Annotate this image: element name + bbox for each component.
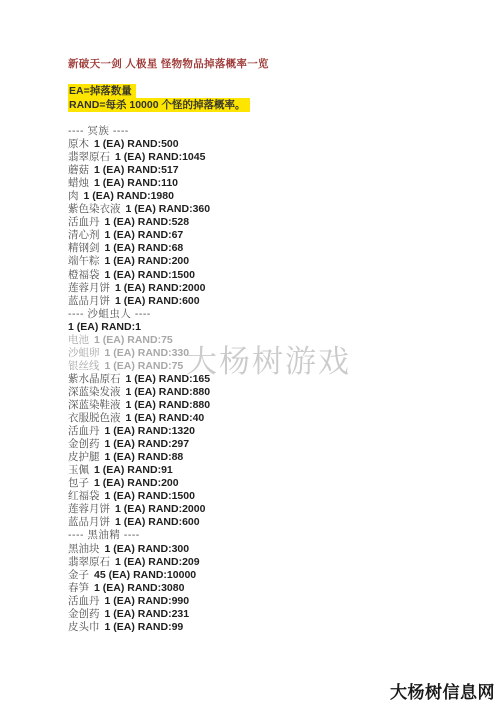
item-drop-rate: 1 (EA) RAND:1500 xyxy=(105,490,195,502)
item-name: 包子 xyxy=(68,477,89,489)
drop-row: 衣服脱色液1 (EA) RAND:40 xyxy=(68,412,210,425)
item-name: 电池 xyxy=(68,334,89,346)
item-name: 翡翠原石 xyxy=(68,556,110,568)
drop-row: 蓝品月饼1 (EA) RAND:600 xyxy=(68,516,210,529)
item-drop-rate: 1 (EA) RAND:528 xyxy=(105,216,190,228)
item-drop-rate: 1 (EA) RAND:88 xyxy=(105,451,184,463)
item-drop-rate: 1 (EA) RAND:1500 xyxy=(105,269,195,281)
item-drop-rate: 1 (EA) RAND:300 xyxy=(105,543,190,555)
drop-row: 精钢剑1 (EA) RAND:68 xyxy=(68,242,210,255)
item-name: 银丝线 xyxy=(68,360,100,372)
item-drop-rate: 1 (EA) RAND:1045 xyxy=(115,151,205,163)
drop-row: 深蓝染发液1 (EA) RAND:880 xyxy=(68,386,210,399)
item-name: 衣服脱色液 xyxy=(68,412,121,424)
item-name: 莲蓉月饼 xyxy=(68,282,110,294)
item-drop-rate: 1 (EA) RAND:200 xyxy=(105,255,190,267)
item-drop-rate: 1 (EA) RAND:40 xyxy=(126,412,205,424)
item-drop-rate: 1 (EA) RAND:990 xyxy=(105,595,190,607)
item-name: 金子 xyxy=(68,569,89,581)
item-drop-rate: 1 (EA) RAND:3080 xyxy=(94,582,184,594)
drop-row: 玉佩1 (EA) RAND:91 xyxy=(68,464,210,477)
item-drop-rate: 1 (EA) RAND:209 xyxy=(115,556,200,568)
item-name: 肉 xyxy=(68,190,79,202)
item-drop-rate: 1 (EA) RAND:880 xyxy=(126,386,211,398)
drop-row: 原木1 (EA) RAND:500 xyxy=(68,138,210,151)
item-drop-rate: 1 (EA) RAND:75 xyxy=(94,334,173,346)
drop-row: 活血丹1 (EA) RAND:1320 xyxy=(68,425,210,438)
item-drop-rate: 1 (EA) RAND:91 xyxy=(94,464,173,476)
drop-row: 清心剂1 (EA) RAND:67 xyxy=(68,229,210,242)
drop-row: 金创药1 (EA) RAND:231 xyxy=(68,608,210,621)
item-drop-rate: 1 (EA) RAND:330 xyxy=(105,347,190,359)
drop-row: 蘑菇1 (EA) RAND:517 xyxy=(68,164,210,177)
drop-row: 金创药1 (EA) RAND:297 xyxy=(68,438,210,451)
item-drop-rate: 1 (EA) RAND:360 xyxy=(126,203,211,215)
section-header-mingzu: ---- 冥族 ---- xyxy=(68,125,210,138)
item-drop-rate: 1 (EA) RAND:200 xyxy=(94,477,179,489)
item-name: 皮护腿 xyxy=(68,451,100,463)
item-drop-rate: 1 (EA) RAND:75 xyxy=(105,360,184,372)
item-name: 黑油块 xyxy=(68,543,100,555)
item-name: 清心剂 xyxy=(68,229,100,241)
item-name: 蜡烛 xyxy=(68,177,89,189)
item-name: 端午粽 xyxy=(68,255,100,267)
legend-rand-highlight: RAND=每杀 10000 个怪的掉落概率。 xyxy=(68,98,250,112)
site-logo: 大杨树信息网 xyxy=(390,678,495,703)
drop-row: 皮护腿1 (EA) RAND:88 xyxy=(68,451,210,464)
drop-row: 包子1 (EA) RAND:200 xyxy=(68,477,210,490)
item-name: 橙福袋 xyxy=(68,269,100,281)
drop-row: 1 (EA) RAND:1 xyxy=(68,321,210,334)
drop-row: 蓝品月饼1 (EA) RAND:600 xyxy=(68,295,210,308)
item-drop-rate: 1 (EA) RAND:1980 xyxy=(84,190,174,202)
item-drop-rate: 1 (EA) RAND:1 xyxy=(68,321,141,333)
drop-row: 活血丹1 (EA) RAND:990 xyxy=(68,595,210,608)
drop-row: 莲蓉月饼1 (EA) RAND:2000 xyxy=(68,503,210,516)
item-name: 深蓝染发液 xyxy=(68,386,121,398)
drop-row: 莲蓉月饼1 (EA) RAND:2000 xyxy=(68,282,210,295)
item-drop-rate: 1 (EA) RAND:99 xyxy=(105,621,184,633)
drop-row: 深蓝染鞋液1 (EA) RAND:880 xyxy=(68,399,210,412)
item-name: 金创药 xyxy=(68,608,100,620)
item-name: 莲蓉月饼 xyxy=(68,503,110,515)
item-name: 红福袋 xyxy=(68,490,100,502)
drop-row: 红福袋1 (EA) RAND:1500 xyxy=(68,490,210,503)
section-header-heiyoujing: ---- 黑油精 ---- xyxy=(68,529,210,542)
drop-row: 肉1 (EA) RAND:1980 xyxy=(68,190,210,203)
item-name: 蓝品月饼 xyxy=(68,516,110,528)
item-name: 紫水晶原石 xyxy=(68,373,121,385)
item-drop-rate: 1 (EA) RAND:2000 xyxy=(115,503,205,515)
item-drop-rate: 1 (EA) RAND:600 xyxy=(115,295,200,307)
item-drop-rate: 1 (EA) RAND:67 xyxy=(105,229,184,241)
item-drop-rate: 1 (EA) RAND:1320 xyxy=(105,425,195,437)
item-drop-rate: 1 (EA) RAND:68 xyxy=(105,242,184,254)
item-drop-rate: 1 (EA) RAND:231 xyxy=(105,608,190,620)
item-drop-rate: 1 (EA) RAND:110 xyxy=(94,177,178,189)
drop-row: 春笋1 (EA) RAND:3080 xyxy=(68,582,210,595)
drop-row: 紫色染衣液1 (EA) RAND:360 xyxy=(68,203,210,216)
item-drop-rate: 1 (EA) RAND:500 xyxy=(94,138,179,150)
item-drop-rate: 1 (EA) RAND:297 xyxy=(105,438,190,450)
item-name: 活血丹 xyxy=(68,595,100,607)
item-name: 活血丹 xyxy=(68,425,100,437)
item-name: 玉佩 xyxy=(68,464,89,476)
legend: EA=掉落数量 RAND=每杀 10000 个怪的掉落概率。 xyxy=(68,85,250,112)
drop-row: 皮头巾1 (EA) RAND:99 xyxy=(68,621,210,634)
item-name: 精钢剑 xyxy=(68,242,100,254)
page-title: 新破天一剑 人极星 怪物物品掉落概率一览 xyxy=(68,56,269,71)
drop-row: 翡翠原石1 (EA) RAND:209 xyxy=(68,556,210,569)
item-name: 蘑菇 xyxy=(68,164,89,176)
item-drop-rate: 1 (EA) RAND:2000 xyxy=(115,282,205,294)
item-drop-rate: 45 (EA) RAND:10000 xyxy=(94,569,196,581)
item-drop-rate: 1 (EA) RAND:880 xyxy=(126,399,211,411)
item-name: 金创药 xyxy=(68,438,100,450)
drop-row: 黑油块1 (EA) RAND:300 xyxy=(68,543,210,556)
legend-line-ea: EA=掉落数量 xyxy=(68,85,250,99)
watermark-text: 大杨树游戏 xyxy=(186,336,351,381)
item-name: 沙蛆卵 xyxy=(68,347,100,359)
drop-row: 橙福袋1 (EA) RAND:1500 xyxy=(68,269,210,282)
item-drop-rate: 1 (EA) RAND:517 xyxy=(94,164,179,176)
drop-row: 金子45 (EA) RAND:10000 xyxy=(68,569,210,582)
drop-row: 活血丹1 (EA) RAND:528 xyxy=(68,216,210,229)
item-name: 皮头巾 xyxy=(68,621,100,633)
drop-row: 端午粽1 (EA) RAND:200 xyxy=(68,255,210,268)
item-name: 春笋 xyxy=(68,582,89,594)
legend-line-rand: RAND=每杀 10000 个怪的掉落概率。 xyxy=(68,99,250,113)
legend-ea-highlight: EA=掉落数量 xyxy=(68,84,136,98)
item-name: 紫色染衣液 xyxy=(68,203,121,215)
section-header-shaquchongren: ---- 沙蛆虫人 ---- xyxy=(68,308,210,321)
item-name: 原木 xyxy=(68,138,89,150)
item-name: 蓝品月饼 xyxy=(68,295,110,307)
item-name: 深蓝染鞋液 xyxy=(68,399,121,411)
item-name: 活血丹 xyxy=(68,216,100,228)
item-name: 翡翠原石 xyxy=(68,151,110,163)
item-drop-rate: 1 (EA) RAND:600 xyxy=(115,516,200,528)
drop-row: 翡翠原石1 (EA) RAND:1045 xyxy=(68,151,210,164)
document-page: 新破天一剑 人极星 怪物物品掉落概率一览 EA=掉落数量 RAND=每杀 100… xyxy=(0,0,500,708)
drop-row: 蜡烛1 (EA) RAND:110 xyxy=(68,177,210,190)
